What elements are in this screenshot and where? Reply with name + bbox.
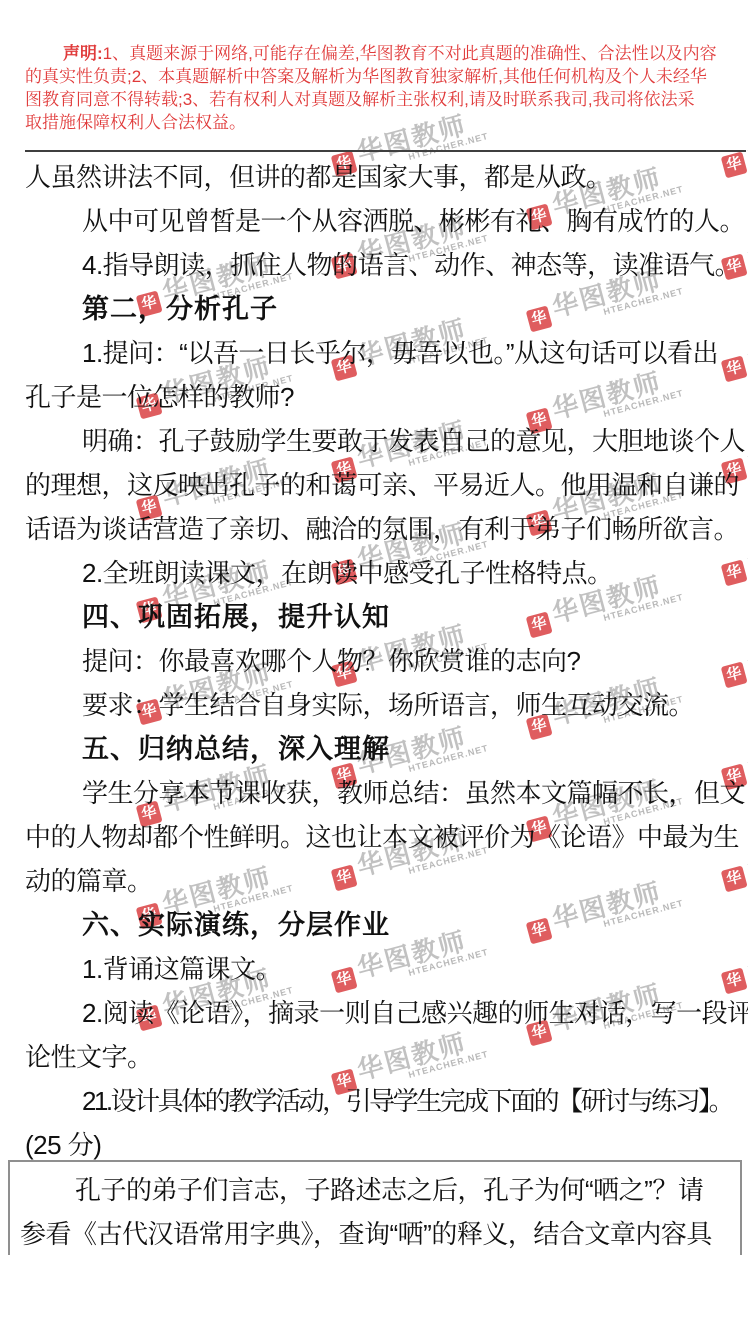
text-line: 中的人物却都个性鲜明。这也让本文被评价为《论语》中最为生 [25, 815, 745, 859]
disclaimer-line: 图教育同意不得转载;3、若有权利人对真题及解析主张权利,请及时联系我司,我司将依… [25, 88, 747, 111]
text-line: 孔子是一位怎样的教师? [25, 375, 745, 419]
text-line: 动的篇章。 [25, 859, 745, 903]
disclaimer-line: 的真实性负责;2、本真题解析中答案及解析为华图教育独家解析,其他任何机构及个人未… [25, 65, 747, 88]
heading-line: 四、巩固拓展，提升认知 [25, 595, 745, 639]
text-line: 1.背诵这篇课文。 [25, 947, 745, 991]
text-line: 学生分享本节课收获，教师总结：虽然本文篇幅不长，但文 [25, 771, 745, 815]
text-line: 2.阅读《论语》，摘录一则自己感兴趣的师生对话，写一段评 [25, 991, 745, 1035]
text-line: 论性文字。 [25, 1035, 745, 1079]
text-line: 1.提问：“以吾一日长乎尔，毋吾以也。”从这句话可以看出 [25, 331, 745, 375]
disclaimer: 声明:1、真题来源于网络,可能存在偏差,华图教育不对此真题的准确性、合法性以及内… [25, 42, 747, 134]
disclaimer-line: 声明:1、真题来源于网络,可能存在偏差,华图教育不对此真题的准确性、合法性以及内… [25, 42, 747, 65]
text-line: 21.设计具体的教学活动，引导学生完成下面的【研讨与练习】。 [25, 1079, 745, 1123]
text-line: 要求：学生结合自身实际，场所语言，师生互动交流。 [25, 683, 745, 727]
text-line: 明确：孔子鼓励学生要敢于发表自己的意见，大胆地谈个人 [25, 419, 745, 463]
text-line: 的理想，这反映出孔子的和蔼可亲、平易近人。他用温和自谦的 [25, 463, 745, 507]
lesson-plan-text: 人虽然讲法不同，但讲的都是国家大事，都是从政。从中可见曾皙是一个从容洒脱、彬彬有… [25, 155, 745, 1167]
text-line: 4.指导朗读，抓住人物的语言、动作、神态等，读准语气。 [25, 243, 745, 287]
disclaimer-text: 1、真题来源于网络,可能存在偏差,华图教育不对此真题的准确性、合法性以及内容 [103, 44, 717, 63]
section-divider [25, 150, 746, 152]
disclaimer-label: 声明: [63, 44, 103, 63]
question-box: 孔子的弟子们言志，子路述志之后，孔子为何“哂之”？请参看《古代汉语常用字典》，查… [8, 1160, 742, 1255]
heading-line: 五、归纳总结，深入理解 [25, 727, 745, 771]
text-line: 提问：你最喜欢哪个人物？你欣赏谁的志向? [25, 639, 745, 683]
heading-line: 第二，分析孔子 [25, 287, 745, 331]
question-box-line: 孔子的弟子们言志，子路述志之后，孔子为何“哂之”？请 [20, 1168, 730, 1212]
document-page: 华华图教师HTEACHER.NET华华图教师HTEACHER.NET华华图教师H… [0, 0, 748, 1335]
disclaimer-line: 取措施保障权利人合法权益。 [25, 111, 747, 134]
text-line: 2.全班朗读课文，在朗读中感受孔子性格特点。 [25, 551, 745, 595]
heading-line: 六、实际演练，分层作业 [25, 903, 745, 947]
text-line: 话语为谈话营造了亲切、融洽的氛围，有利于弟子们畅所欲言。 [25, 507, 745, 551]
question-box-line: 参看《古代汉语常用字典》，查询“哂”的释义，结合文章内容具 [20, 1212, 730, 1256]
text-line: 从中可见曾皙是一个从容洒脱、彬彬有礼、胸有成竹的人。 [25, 199, 745, 243]
text-line: 人虽然讲法不同，但讲的都是国家大事，都是从政。 [25, 155, 745, 199]
